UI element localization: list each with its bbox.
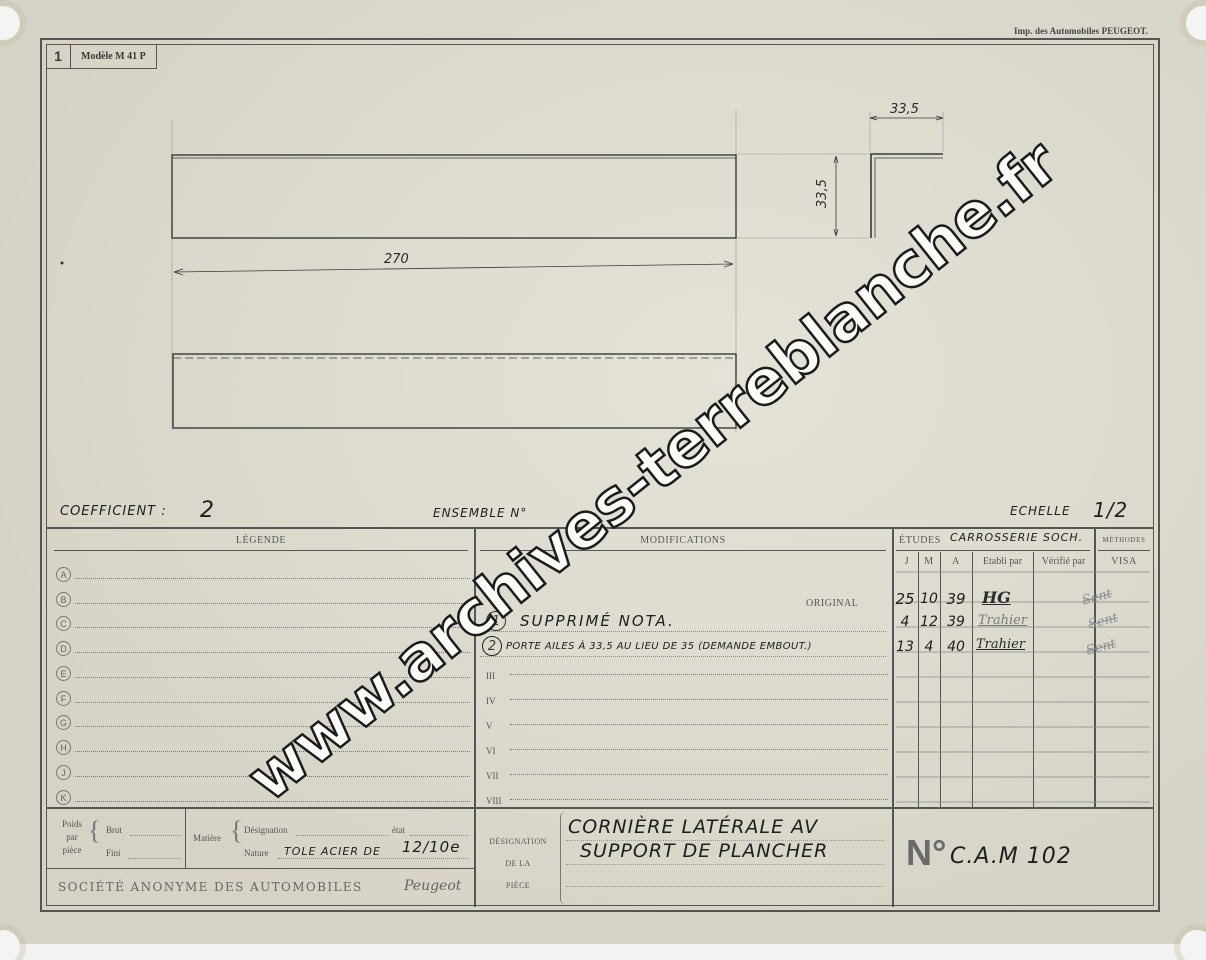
roman-numeral: V bbox=[480, 721, 506, 731]
designation-line-2 bbox=[566, 864, 884, 865]
etat-label: état bbox=[392, 825, 405, 835]
modification-row-4: IV bbox=[480, 681, 888, 706]
row2-year: 39 bbox=[940, 614, 972, 630]
row3-day: 13 bbox=[892, 639, 918, 655]
col-header-visa: VISA bbox=[1098, 556, 1150, 567]
roman-numeral: III bbox=[480, 671, 506, 681]
poids-brace: { bbox=[88, 816, 100, 846]
legend-marker-j: J bbox=[56, 765, 71, 780]
designation-field bbox=[296, 835, 388, 836]
echelle-value: 1/2 bbox=[1093, 498, 1128, 522]
divider-modifications bbox=[892, 527, 894, 807]
legend-marker-a: A bbox=[56, 567, 71, 582]
poids-label-line3: pièce bbox=[58, 844, 86, 857]
legend-row-g: G bbox=[56, 710, 470, 735]
designation-piece-label: DÉSIGNATION DE LA PIÈCE bbox=[480, 831, 556, 897]
fini-field bbox=[128, 858, 180, 859]
row2-established-by: Trahier bbox=[978, 613, 1027, 628]
row2-day: 4 bbox=[892, 614, 918, 630]
legende-title: LÉGENDE bbox=[54, 535, 468, 546]
designation-label-line2: DE LA bbox=[480, 853, 556, 875]
row1-day: 25 bbox=[892, 590, 918, 608]
legende-header-line bbox=[54, 550, 468, 551]
designation-label-line1: DÉSIGNATION bbox=[480, 831, 556, 853]
legend-marker-b: B bbox=[56, 592, 71, 607]
etat-field bbox=[410, 835, 468, 836]
legend-marker-d: D bbox=[56, 641, 71, 656]
company-name: SOCIÉTÉ ANONYME DES AUTOMOBILES bbox=[58, 880, 363, 894]
material-thickness: 12/10e bbox=[402, 838, 460, 856]
echelle-label: ECHELLE bbox=[1010, 504, 1071, 518]
row2-month: 12 bbox=[918, 614, 940, 630]
roman-numeral: VIII bbox=[480, 796, 506, 806]
roman-numeral: VI bbox=[480, 746, 506, 756]
row1-year: 39 bbox=[940, 590, 972, 608]
nature-value: TOLE ACIER DE bbox=[284, 845, 381, 858]
col-header-a: A bbox=[940, 556, 972, 567]
legend-row-a: A bbox=[56, 562, 470, 587]
number-prefix: N° bbox=[906, 832, 946, 874]
row1-month: 10 bbox=[918, 591, 940, 607]
etudes-department: CARROSSERIE SOCH. bbox=[950, 531, 1083, 544]
designation-brace bbox=[560, 812, 565, 904]
matiere-label: Matière bbox=[193, 833, 221, 843]
piece-number: C.A.M 102 bbox=[950, 844, 1072, 869]
original-label: ORIGINAL bbox=[806, 598, 858, 609]
legend-marker-g: G bbox=[56, 715, 71, 730]
modification-row-8: VIII bbox=[480, 781, 888, 806]
matiere-brace: { bbox=[230, 816, 242, 846]
coefficient-value: 2 bbox=[200, 498, 215, 523]
piece-number-divider bbox=[892, 809, 894, 907]
technical-drawing bbox=[0, 0, 1206, 520]
company-top-line bbox=[46, 868, 474, 869]
poids-label-line2: par bbox=[58, 831, 86, 844]
designation-label-line3: PIÈCE bbox=[480, 875, 556, 897]
modification-row-1: 1 SUPPRIMÉ NOTA. bbox=[480, 611, 886, 632]
dim-flange-width: 33,5 bbox=[890, 102, 919, 117]
ensemble-label: ENSEMBLE N° bbox=[433, 506, 527, 520]
etudes-header-line bbox=[896, 550, 1090, 551]
col-header-etabli: Etabli par bbox=[972, 556, 1033, 567]
dim-flange-height: 33,5 bbox=[815, 179, 830, 208]
poids-matiere-divider bbox=[185, 809, 186, 868]
poids-label: Poids par pièce bbox=[58, 818, 86, 857]
designation-line-3 bbox=[566, 886, 884, 887]
methodes-header-line bbox=[1098, 550, 1150, 551]
company-brand: Peugeot bbox=[404, 878, 461, 894]
row3-year: 40 bbox=[940, 639, 972, 655]
legend-row-b: B bbox=[56, 587, 470, 612]
row3-month: 4 bbox=[918, 639, 940, 655]
fini-label: Fini bbox=[106, 848, 121, 858]
modification-row-2: 2 PORTE AILES À 33,5 AU LIEU DE 35 (DEMA… bbox=[480, 636, 886, 657]
legend-marker-f: F bbox=[56, 691, 71, 706]
legend-marker-h: H bbox=[56, 740, 71, 755]
designation-label: Désignation bbox=[244, 825, 288, 835]
modification-row-7: VII bbox=[480, 756, 888, 781]
piece-name-line-2: SUPPORT DE PLANCHER bbox=[580, 840, 828, 862]
roman-numeral: VII bbox=[480, 771, 506, 781]
nature-label: Nature bbox=[244, 848, 269, 858]
legend-marker-k: K bbox=[56, 790, 71, 805]
col-header-j: J bbox=[896, 556, 918, 567]
poids-label-line1: Poids bbox=[58, 818, 86, 831]
nature-field bbox=[278, 858, 468, 859]
brut-field bbox=[130, 835, 180, 836]
etudes-title: ÉTUDES bbox=[899, 535, 941, 546]
col-header-m: M bbox=[918, 556, 940, 567]
row1-established-by: HG bbox=[982, 588, 1011, 607]
dim-length: 270 bbox=[384, 252, 409, 267]
pin-bottom-right bbox=[1180, 930, 1206, 960]
modification-row-6: VI bbox=[480, 731, 888, 756]
brut-label: Brut bbox=[106, 825, 122, 835]
modification-row-5: V bbox=[480, 706, 888, 731]
col-header-verifie: Vérifié par bbox=[1033, 556, 1094, 567]
piece-name-line-1: CORNIÈRE LATÉRALE AV bbox=[568, 816, 818, 838]
legend-marker-c: C bbox=[56, 616, 71, 631]
modification-text-1: SUPPRIMÉ NOTA. bbox=[520, 612, 675, 630]
row3-established-by: Trahier bbox=[976, 637, 1025, 652]
legend-marker-e: E bbox=[56, 666, 71, 681]
modification-text-2: PORTE AILES À 33,5 AU LIEU DE 35 (DEMAND… bbox=[506, 641, 812, 652]
modification-row-3: III bbox=[480, 656, 888, 681]
methodes-title: MÉTHODES bbox=[1098, 536, 1150, 544]
roman-numeral: IV bbox=[480, 696, 506, 706]
coefficient-label: COEFFICIENT : bbox=[60, 504, 167, 519]
